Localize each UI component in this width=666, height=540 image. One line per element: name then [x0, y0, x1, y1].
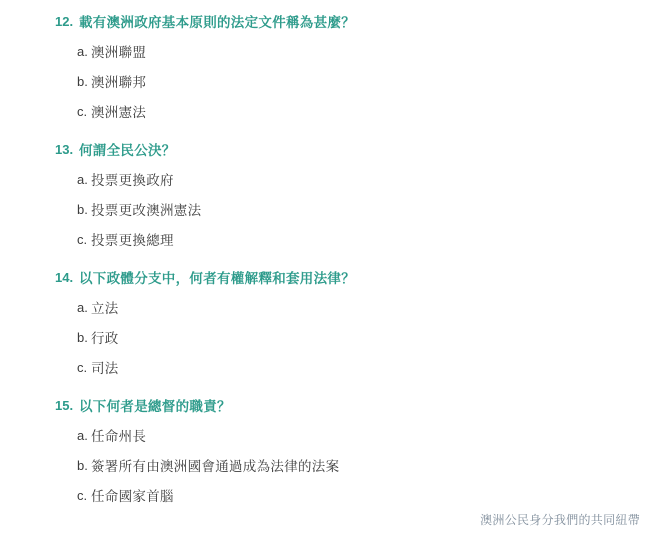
option-text: 司法: [91, 357, 119, 377]
option-text: 投票更換總理: [91, 229, 174, 249]
option-letter: b.: [77, 202, 91, 217]
question-line: 13. 何謂全民公決？: [0, 134, 666, 164]
option-letter: a.: [77, 428, 91, 443]
option-text: 行政: [91, 327, 119, 347]
answer-option: b. 簽署所有由澳洲國會通過成為法律的法案: [0, 450, 666, 480]
question-block-13: 13. 何謂全民公決？ a. 投票更換政府 b. 投票更改澳洲憲法 c. 投票更…: [0, 134, 666, 254]
question-line: 12. 載有澳洲政府基本原則的法定文件稱為甚麼？: [0, 6, 666, 36]
option-letter: c.: [77, 104, 91, 119]
option-letter: c.: [77, 488, 91, 503]
option-letter: a.: [77, 172, 91, 187]
question-line: 14. 以下政體分支中，何者有權解釋和套用法律？: [0, 262, 666, 292]
answer-option: b. 行政: [0, 322, 666, 352]
question-text: 載有澳洲政府基本原則的法定文件稱為甚麼？: [79, 11, 355, 31]
answer-option: a. 投票更換政府: [0, 164, 666, 194]
answer-option: a. 任命州長: [0, 420, 666, 450]
question-text: 何謂全民公決？: [79, 139, 176, 159]
option-text: 澳洲聯邦: [91, 71, 146, 91]
question-number: 14.: [55, 270, 79, 285]
answer-option: a. 澳洲聯盟: [0, 36, 666, 66]
question-number: 12.: [55, 14, 79, 29]
question-number: 13.: [55, 142, 79, 157]
option-text: 任命州長: [91, 425, 146, 445]
answer-option: b. 投票更改澳洲憲法: [0, 194, 666, 224]
question-text: 以下何者是總督的職責？: [79, 395, 231, 415]
question-text: 以下政體分支中，何者有權解釋和套用法律？: [79, 267, 355, 287]
question-block-14: 14. 以下政體分支中，何者有權解釋和套用法律？ a. 立法 b. 行政 c. …: [0, 262, 666, 382]
option-letter: c.: [77, 360, 91, 375]
option-letter: a.: [77, 44, 91, 59]
option-text: 澳洲憲法: [91, 101, 146, 121]
answer-option: c. 投票更換總理: [0, 224, 666, 254]
option-text: 投票更換政府: [91, 169, 174, 189]
option-text: 澳洲聯盟: [91, 41, 146, 61]
answer-option: c. 澳洲憲法: [0, 96, 666, 126]
option-letter: b.: [77, 458, 91, 473]
document-footer-title: 澳洲公民身分我們的共同紐帶: [480, 511, 640, 528]
option-letter: b.: [77, 74, 91, 89]
answer-option: c. 任命國家首腦: [0, 480, 666, 510]
option-letter: b.: [77, 330, 91, 345]
option-letter: a.: [77, 300, 91, 315]
option-text: 立法: [91, 297, 119, 317]
quiz-section: 12. 載有澳洲政府基本原則的法定文件稱為甚麼？ a. 澳洲聯盟 b. 澳洲聯邦…: [0, 6, 666, 518]
question-block-15: 15. 以下何者是總督的職責？ a. 任命州長 b. 簽署所有由澳洲國會通過成為…: [0, 390, 666, 510]
answer-option: a. 立法: [0, 292, 666, 322]
option-text: 簽署所有由澳洲國會通過成為法律的法案: [91, 455, 339, 475]
question-number: 15.: [55, 398, 79, 413]
option-letter: c.: [77, 232, 91, 247]
question-line: 15. 以下何者是總督的職責？: [0, 390, 666, 420]
answer-option: c. 司法: [0, 352, 666, 382]
question-block-12: 12. 載有澳洲政府基本原則的法定文件稱為甚麼？ a. 澳洲聯盟 b. 澳洲聯邦…: [0, 6, 666, 126]
option-text: 投票更改澳洲憲法: [91, 199, 201, 219]
answer-option: b. 澳洲聯邦: [0, 66, 666, 96]
option-text: 任命國家首腦: [91, 485, 174, 505]
